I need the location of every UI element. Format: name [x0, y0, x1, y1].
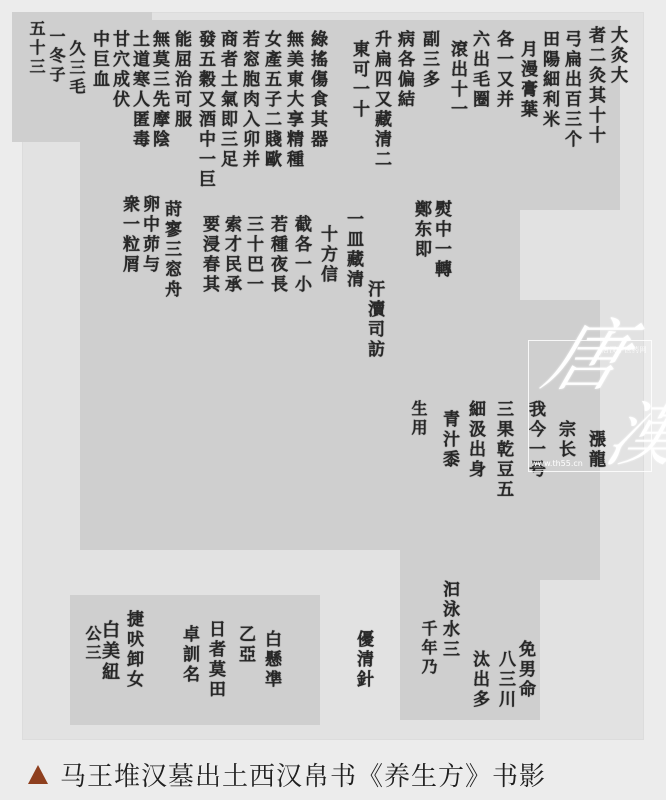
manuscript-text-column: 卵中茆与 [140, 195, 157, 275]
triangle-marker-icon [28, 765, 48, 784]
manuscript-text-column: 優清針 [354, 630, 371, 690]
manuscript-text-column: 一皿藏清 [344, 210, 361, 290]
manuscript-text-column: 三果乾豆五 [494, 400, 511, 500]
manuscript-text-column: 一冬子 [48, 28, 64, 85]
manuscript-text-column: 能屈治可服 [172, 30, 189, 130]
manuscript-text-column: 截各一小 [292, 215, 309, 295]
manuscript-text-column: 綠搖傷食其器 [308, 30, 325, 150]
manuscript-text-column: 生用 [410, 400, 426, 438]
manuscript-text-column: 白美紐 [100, 620, 118, 683]
manuscript-text-column: 病各偏結 [395, 30, 412, 110]
manuscript-text-column: 五十三 [28, 20, 44, 77]
manuscript-text-column: 索才民承 [222, 215, 239, 295]
manuscript-text-column: 各一又并 [494, 30, 511, 110]
manuscript-text-column: 汰出多 [470, 650, 487, 710]
manuscript-text-column: 千年乃 [420, 620, 436, 677]
manuscript-text-column: 乙亞 [236, 625, 253, 665]
manuscript-text-column: 中巨血 [90, 30, 107, 90]
manuscript-text-column: 無美東大享精種 [284, 30, 301, 170]
manuscript-text-column: 若窓胞肉入卯并 [240, 30, 257, 170]
manuscript-text-column: 者二灸其十十 [586, 26, 603, 146]
watermark-url: www.th55.cn [531, 459, 583, 468]
manuscript-text-column: 發五穀又酒中一巨 [196, 30, 213, 190]
manuscript-text-column: 要浸春其 [200, 215, 217, 295]
figure-caption: 马王堆汉墓出土西汉帛书《养生方》书影 [28, 752, 546, 796]
manuscript-text-column: 東可一十 [350, 40, 367, 120]
manuscript-text-column: 滾出十一 [448, 40, 465, 120]
manuscript-text-column: 弓扁出百三个 [562, 30, 579, 150]
manuscript-text-column: 十方信 [318, 225, 335, 285]
manuscript-text-column: 衆一粒屑 [120, 195, 137, 275]
manuscript-text-column: 莳寥三窓舟 [162, 200, 179, 300]
manuscript-text-column: 土道寒人匿毒 [130, 30, 147, 150]
manuscript-text-column: 日者莫田 [206, 620, 223, 700]
manuscript-text-column: 汩泳水三 [440, 580, 457, 660]
manuscript-text-column: 卓訓名 [180, 625, 197, 685]
manuscript-text-column: 月漫膏葉 [518, 40, 535, 120]
manuscript-text-column: 青汁黍 [440, 410, 457, 470]
manuscript-text-column: 熨中一轉 [432, 200, 449, 280]
manuscript-text-column: 大灸大 [608, 26, 625, 86]
caption-text: 马王堆汉墓出土西汉帛书《养生方》书影 [60, 756, 546, 793]
manuscript-text-column: 副三多 [420, 30, 437, 90]
manuscript-text-column: 無莫三先摩陰 [150, 30, 167, 150]
manuscript-text-column: 免男命 [516, 640, 533, 700]
manuscript-text-column: 女產五子二賤歐 [262, 30, 279, 170]
manuscript-text-column: 甘穴成伏 [110, 30, 127, 110]
manuscript-text-column: 若種夜長 [268, 215, 285, 295]
manuscript-text-column: 捷吠卸女 [124, 610, 141, 690]
manuscript-text-column: 公三 [84, 625, 100, 663]
manuscript-text-column: 升扁四又藏清二 [372, 30, 389, 170]
manuscript-text-column: 汗瀆司訪 [365, 280, 382, 360]
manuscript-text-column: 六出毛圈 [470, 30, 487, 110]
manuscript-text-column: 商者土氣即三足 [218, 30, 235, 170]
manuscript-text-column: 八三川 [496, 650, 513, 710]
manuscript-text-column: 白懸凖 [262, 630, 279, 690]
manuscript-text-column: 久三毛 [68, 40, 84, 97]
manuscript-text-column: 三十巴一 [244, 215, 261, 295]
manuscript-text-column: 細汲出身 [466, 400, 483, 480]
manuscript-text-column: 鄭东即 [412, 200, 429, 260]
manuscript-text-column: 田陽細利米 [540, 30, 557, 130]
